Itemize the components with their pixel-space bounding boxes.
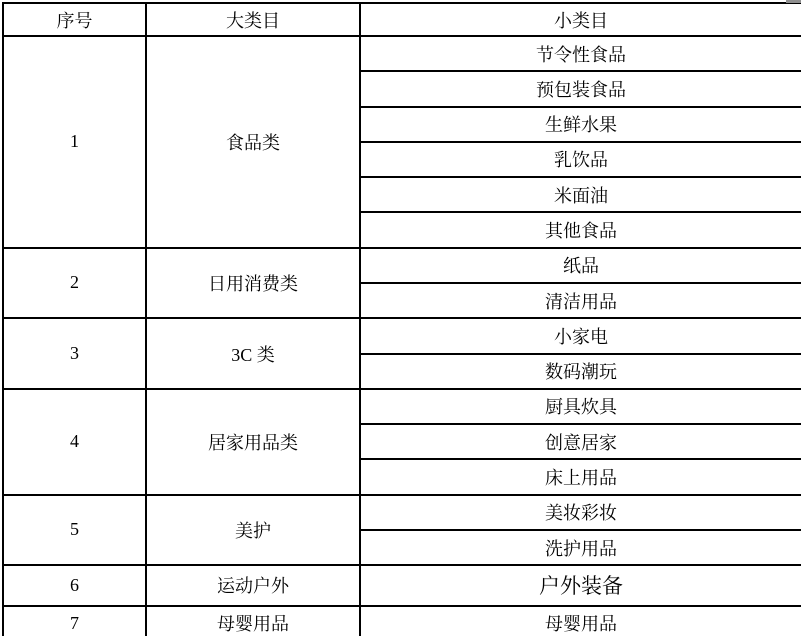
major-category-cell: 食品类 — [146, 36, 360, 248]
major-category-cell: 日用消费类 — [146, 248, 360, 319]
table-row: 4居家用品类厨具炊具 — [3, 389, 801, 424]
subcategory-cell: 清洁用品 — [360, 283, 801, 318]
subcategory-cell: 生鲜水果 — [360, 107, 801, 142]
serial-number-cell: 7 — [3, 606, 146, 636]
subcategory-cell: 母婴用品 — [360, 606, 801, 636]
major-category-cell: 美护 — [146, 495, 360, 566]
serial-number-cell: 4 — [3, 389, 146, 495]
major-category-cell: 3C 类 — [146, 318, 360, 389]
subcategory-cell: 洗护用品 — [360, 530, 801, 565]
header-minor-category: 小类目 — [360, 3, 801, 36]
document-canvas: 序号 大类目 小类目 1食品类节令性食品预包装食品生鲜水果乳饮品米面油其他食品2… — [0, 0, 801, 636]
table-row: 1食品类节令性食品 — [3, 36, 801, 71]
subcategory-cell: 乳饮品 — [360, 142, 801, 177]
subcategory-cell: 米面油 — [360, 177, 801, 212]
subcategory-cell: 节令性食品 — [360, 36, 801, 71]
subcategory-cell: 小家电 — [360, 318, 801, 353]
serial-number-cell: 3 — [3, 318, 146, 389]
major-category-cell: 运动户外 — [146, 565, 360, 605]
subcategory-cell: 预包装食品 — [360, 71, 801, 106]
subcategory-cell: 创意居家 — [360, 424, 801, 459]
serial-number-cell: 6 — [3, 565, 146, 605]
serial-number-cell: 1 — [3, 36, 146, 248]
table-row: 33C 类小家电 — [3, 318, 801, 353]
header-major-category: 大类目 — [146, 3, 360, 36]
major-category-cell: 母婴用品 — [146, 606, 360, 636]
subcategory-cell: 纸品 — [360, 248, 801, 283]
subcategory-cell: 美妆彩妆 — [360, 495, 801, 530]
subcategory-cell: 床上用品 — [360, 459, 801, 494]
subcategory-cell: 数码潮玩 — [360, 354, 801, 389]
table-row: 2日用消费类纸品 — [3, 248, 801, 283]
subcategory-cell: 厨具炊具 — [360, 389, 801, 424]
subcategory-cell: 户外装备 — [360, 565, 801, 605]
category-table: 序号 大类目 小类目 1食品类节令性食品预包装食品生鲜水果乳饮品米面油其他食品2… — [2, 2, 801, 636]
major-category-cell: 居家用品类 — [146, 389, 360, 495]
subcategory-cell: 其他食品 — [360, 212, 801, 247]
table-row: 6运动户外户外装备 — [3, 565, 801, 605]
scrollbar-fragment — [786, 0, 801, 3]
table-row: 7母婴用品母婴用品 — [3, 606, 801, 636]
serial-number-cell: 5 — [3, 495, 146, 566]
serial-number-cell: 2 — [3, 248, 146, 319]
header-serial-number: 序号 — [3, 3, 146, 36]
header-row: 序号 大类目 小类目 — [3, 3, 801, 36]
table-row: 5美护美妆彩妆 — [3, 495, 801, 530]
